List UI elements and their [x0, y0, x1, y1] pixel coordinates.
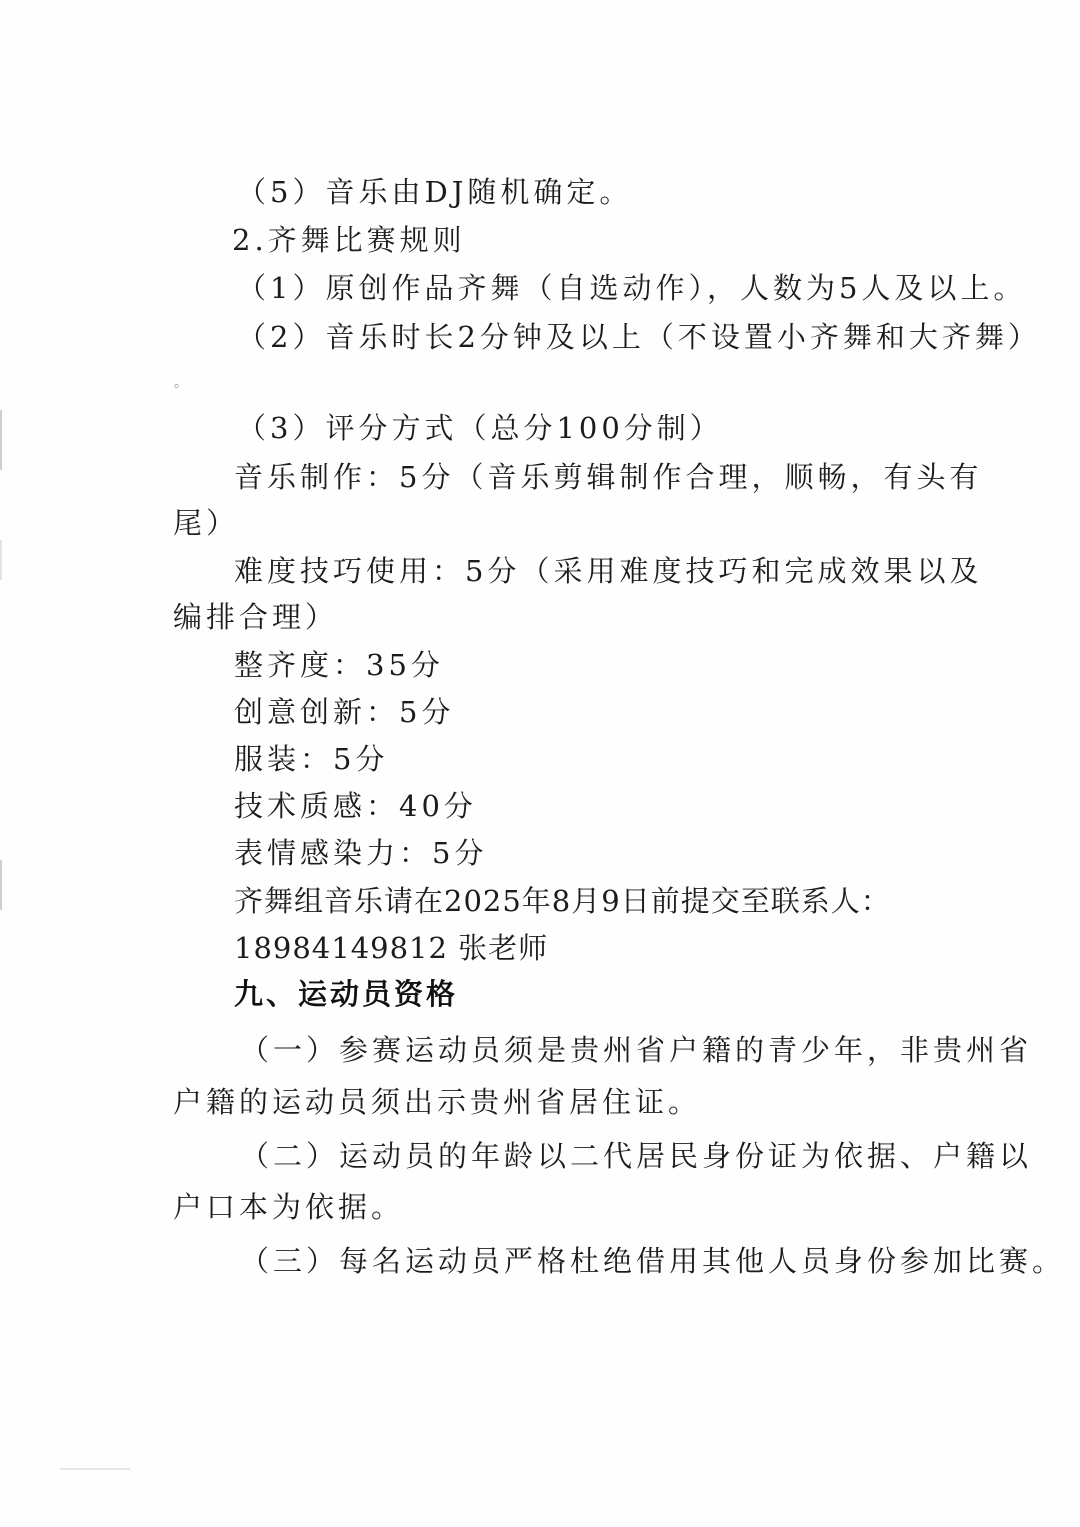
score-difficulty-line-1: 难度技巧使用：5分（采用难度技巧和完成效果以及	[234, 551, 982, 591]
score-costume: 服装：5分	[234, 739, 388, 779]
document-page: （5）音乐由DJ随机确定。 2.齐舞比赛规则 （1）原创作品齐舞（自选动作），人…	[0, 0, 1080, 1527]
qualification-3: （三）每名运动员严格杜绝借用其他人员身份参加比赛。	[240, 1241, 1065, 1281]
submission-note: 齐舞组音乐请在2025年8月9日前提交至联系人：	[234, 881, 891, 921]
scan-edge-mark	[0, 410, 2, 470]
contact-line: 18984149812 张老师	[234, 928, 548, 968]
rule-2: （2）音乐时长2分钟及以上（不设置小齐舞和大齐舞）	[237, 317, 1041, 357]
rule-3: （3）评分方式（总分100分制）	[237, 408, 723, 448]
rule-1: （1）原创作品齐舞（自选动作），人数为5人及以上。	[237, 268, 1026, 308]
rule-2-tail: 。	[174, 372, 188, 392]
section-9-title: 九、运动员资格	[234, 974, 458, 1014]
qualification-2-line-1: （二）运动员的年龄以二代居民身份证为依据、户籍以	[240, 1136, 1032, 1176]
score-technique: 技术质感：40分	[234, 786, 477, 826]
score-creativity: 创意创新：5分	[234, 692, 454, 732]
rule-5-music: （5）音乐由DJ随机确定。	[237, 172, 632, 212]
section-2-title: 2.齐舞比赛规则	[232, 220, 466, 260]
score-music-line-1: 音乐制作：5分（音乐剪辑制作合理，顺畅，有头有	[234, 457, 982, 497]
scan-edge-mark	[0, 540, 2, 580]
qualification-1-line-2: 户籍的运动员须出示贵州省居住证。	[173, 1082, 701, 1122]
scan-edge-mark	[0, 860, 2, 910]
scan-smudge	[60, 1468, 130, 1470]
score-expression: 表情感染力：5分	[234, 833, 487, 873]
score-music-line-2: 尾）	[173, 503, 239, 543]
qualification-1-line-1: （一）参赛运动员须是贵州省户籍的青少年，非贵州省	[240, 1030, 1032, 1070]
qualification-2-line-2: 户口本为依据。	[173, 1187, 404, 1227]
score-difficulty-line-2: 编排合理）	[173, 597, 338, 637]
score-uniformity: 整齐度：35分	[234, 645, 444, 685]
